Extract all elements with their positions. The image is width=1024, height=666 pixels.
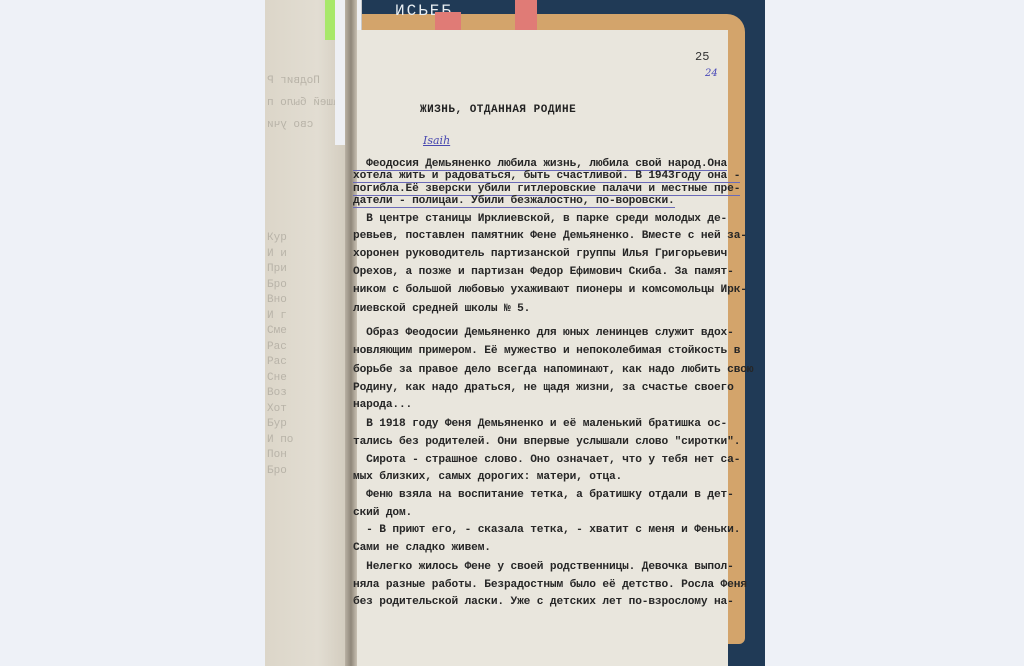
left-page-fragment: Воз xyxy=(267,387,287,399)
left-page-fragment: И по xyxy=(267,434,293,446)
pink-tab-left xyxy=(435,12,461,30)
left-page-fragment: Рас xyxy=(267,341,287,353)
left-page-fragment: Бро xyxy=(267,279,287,291)
text-line: Родину, как надо драться, не щадя жизни,… xyxy=(353,382,734,394)
left-page-fragment: И г xyxy=(267,310,287,322)
text-line: без родительской ласки. Уже с детских ле… xyxy=(353,596,734,608)
left-page-fragment: При xyxy=(267,263,287,275)
handwritten-page-number: 24 xyxy=(705,68,718,79)
text-line: датели - полицаи. Убили безжалостно, по-… xyxy=(353,195,675,208)
text-line: борьбе за правое дело всегда напоминают,… xyxy=(353,364,753,376)
text-line: - В приют его, - сказала тетка, - хватит… xyxy=(353,524,740,536)
left-page-fragment: Кур xyxy=(267,232,287,244)
text-line: хотела жить и радоваться, быть счастливо… xyxy=(353,170,740,183)
text-line: мых близких, самых дорогих: матери, отца… xyxy=(353,471,622,483)
text-line: Образ Феодосии Демьяненко для юных ленин… xyxy=(353,327,734,339)
text-line: погибла.Её зверски убили гитлеровские па… xyxy=(353,183,740,196)
text-line: Феню взяла на воспитание тетка, а братиш… xyxy=(353,489,734,501)
left-page-fragment: сво учи xyxy=(267,119,313,131)
left-page-fragment: Рас xyxy=(267,356,287,368)
document-title: ЖИЗНЬ, ОТДАННАЯ РОДИНЕ xyxy=(420,104,576,116)
green-bookmark xyxy=(325,0,335,40)
text-line: ником с большой любовью ухаживают пионер… xyxy=(353,284,747,296)
handwritten-note: Isaih xyxy=(423,134,450,147)
text-line: Сирота - страшное слово. Оно означает, ч… xyxy=(353,454,740,466)
text-line: хоронен руководитель партизанской группы… xyxy=(353,248,727,260)
left-page-fragment: Хот xyxy=(267,403,287,415)
pink-tab-right xyxy=(515,0,537,30)
left-page-fragment: Бур xyxy=(267,418,287,430)
left-page-fragment: Пон xyxy=(267,449,287,461)
text-line: Нелегко жилось Фене у своей родственницы… xyxy=(353,561,734,573)
text-line: Орехов, а позже и партизан Федор Ефимови… xyxy=(353,266,734,278)
left-page-fragment: Подвиг Р xyxy=(267,75,320,87)
text-line: новляющим примером. Её мужество и непоко… xyxy=(353,345,740,357)
text-line: ревьев, поставлен памятник Фене Демьянен… xyxy=(353,230,747,242)
page-number: 25 xyxy=(695,50,709,64)
document-photo: ИСЬЕБ Подвиг Рнашей было псво учиКурИ иП… xyxy=(265,0,765,666)
text-line: тались без родителей. Они впервые услыша… xyxy=(353,436,740,448)
left-page-fragment: Бро xyxy=(267,465,287,477)
left-page-fragment: Сне xyxy=(267,372,287,384)
text-line: лиевской средней школы № 5. xyxy=(353,303,530,315)
text-line: ский дом. xyxy=(353,507,412,519)
text-line: няла разные работы. Безрадостным было её… xyxy=(353,579,747,591)
left-page-fragment: Сме xyxy=(267,325,287,337)
text-line: В центре станицы Ирклиевской, в парке ср… xyxy=(353,213,727,225)
left-page-fragment: И и xyxy=(267,248,287,260)
text-line: Сами не сладко живем. xyxy=(353,542,491,554)
text-line: В 1918 году Феня Демьяненко и её маленьк… xyxy=(353,418,727,430)
left-page-fragment: Вно xyxy=(267,294,287,306)
text-line: народа... xyxy=(353,399,412,411)
